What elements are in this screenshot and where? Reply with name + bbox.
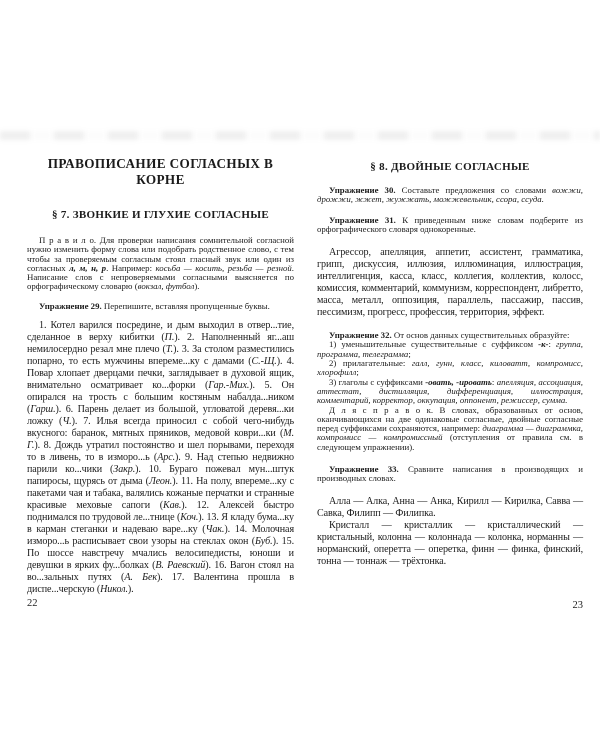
exercise-32-item-1: 1) уменьшительные существительные с суфф… (317, 340, 583, 359)
book-spread-scan: ПРАВОПИСАНИЕ СОГЛАСНЫХ В КОРНЕ § 7. ЗВОН… (0, 0, 600, 750)
exercise-31-intro: Упражнение 31. К приведенным ниже словам… (317, 216, 583, 235)
page-left: ПРАВОПИСАНИЕ СОГЛАСНЫХ В КОРНЕ § 7. ЗВОН… (27, 156, 294, 596)
page-number-right: 23 (573, 600, 584, 611)
page-edge-scan-artifact (0, 131, 600, 140)
exercise-29-body: 1. Котел варился посредине, и дым выходи… (27, 320, 294, 596)
rule-paragraph: П р а в и л о. Для проверки написания со… (27, 236, 294, 292)
exercise-33-body-words: Кристалл — кристаллик — кристаллический … (317, 520, 583, 568)
reference-note: Д л я с п р а в о к. В словах, образован… (317, 406, 583, 452)
exercise-32-item-3: 3) глаголы с суффиксами -овать, -ировать… (317, 378, 583, 406)
exercise-33-intro: Упражнение 33. Сравните написания в прои… (317, 465, 583, 484)
exercise-33-body-names: Алла — Алка, Анна — Анка, Кирилл — Кирил… (317, 496, 583, 520)
exercise-32-item-2: 2) прилагательные: галл, гунн, класс, ки… (317, 359, 583, 378)
page-right: § 8. ДВОЙНЫЕ СОГЛАСНЫЕ Упражнение 30. Со… (317, 161, 583, 568)
section-7-title: § 7. ЗВОНКИЕ И ГЛУХИЕ СОГЛАСНЫЕ (27, 209, 294, 221)
chapter-title: ПРАВОПИСАНИЕ СОГЛАСНЫХ В КОРНЕ (27, 156, 294, 188)
exercise-31-word-list: Агрессор, апелляция, аппетит, ассистент,… (317, 247, 583, 319)
page-number-left: 22 (27, 598, 38, 609)
exercise-30-intro: Упражнение 30. Составьте предложения со … (317, 186, 583, 205)
section-8-title: § 8. ДВОЙНЫЕ СОГЛАСНЫЕ (317, 161, 583, 173)
exercise-29-intro: Упражнение 29. Перепишите, вставляя проп… (27, 302, 294, 311)
